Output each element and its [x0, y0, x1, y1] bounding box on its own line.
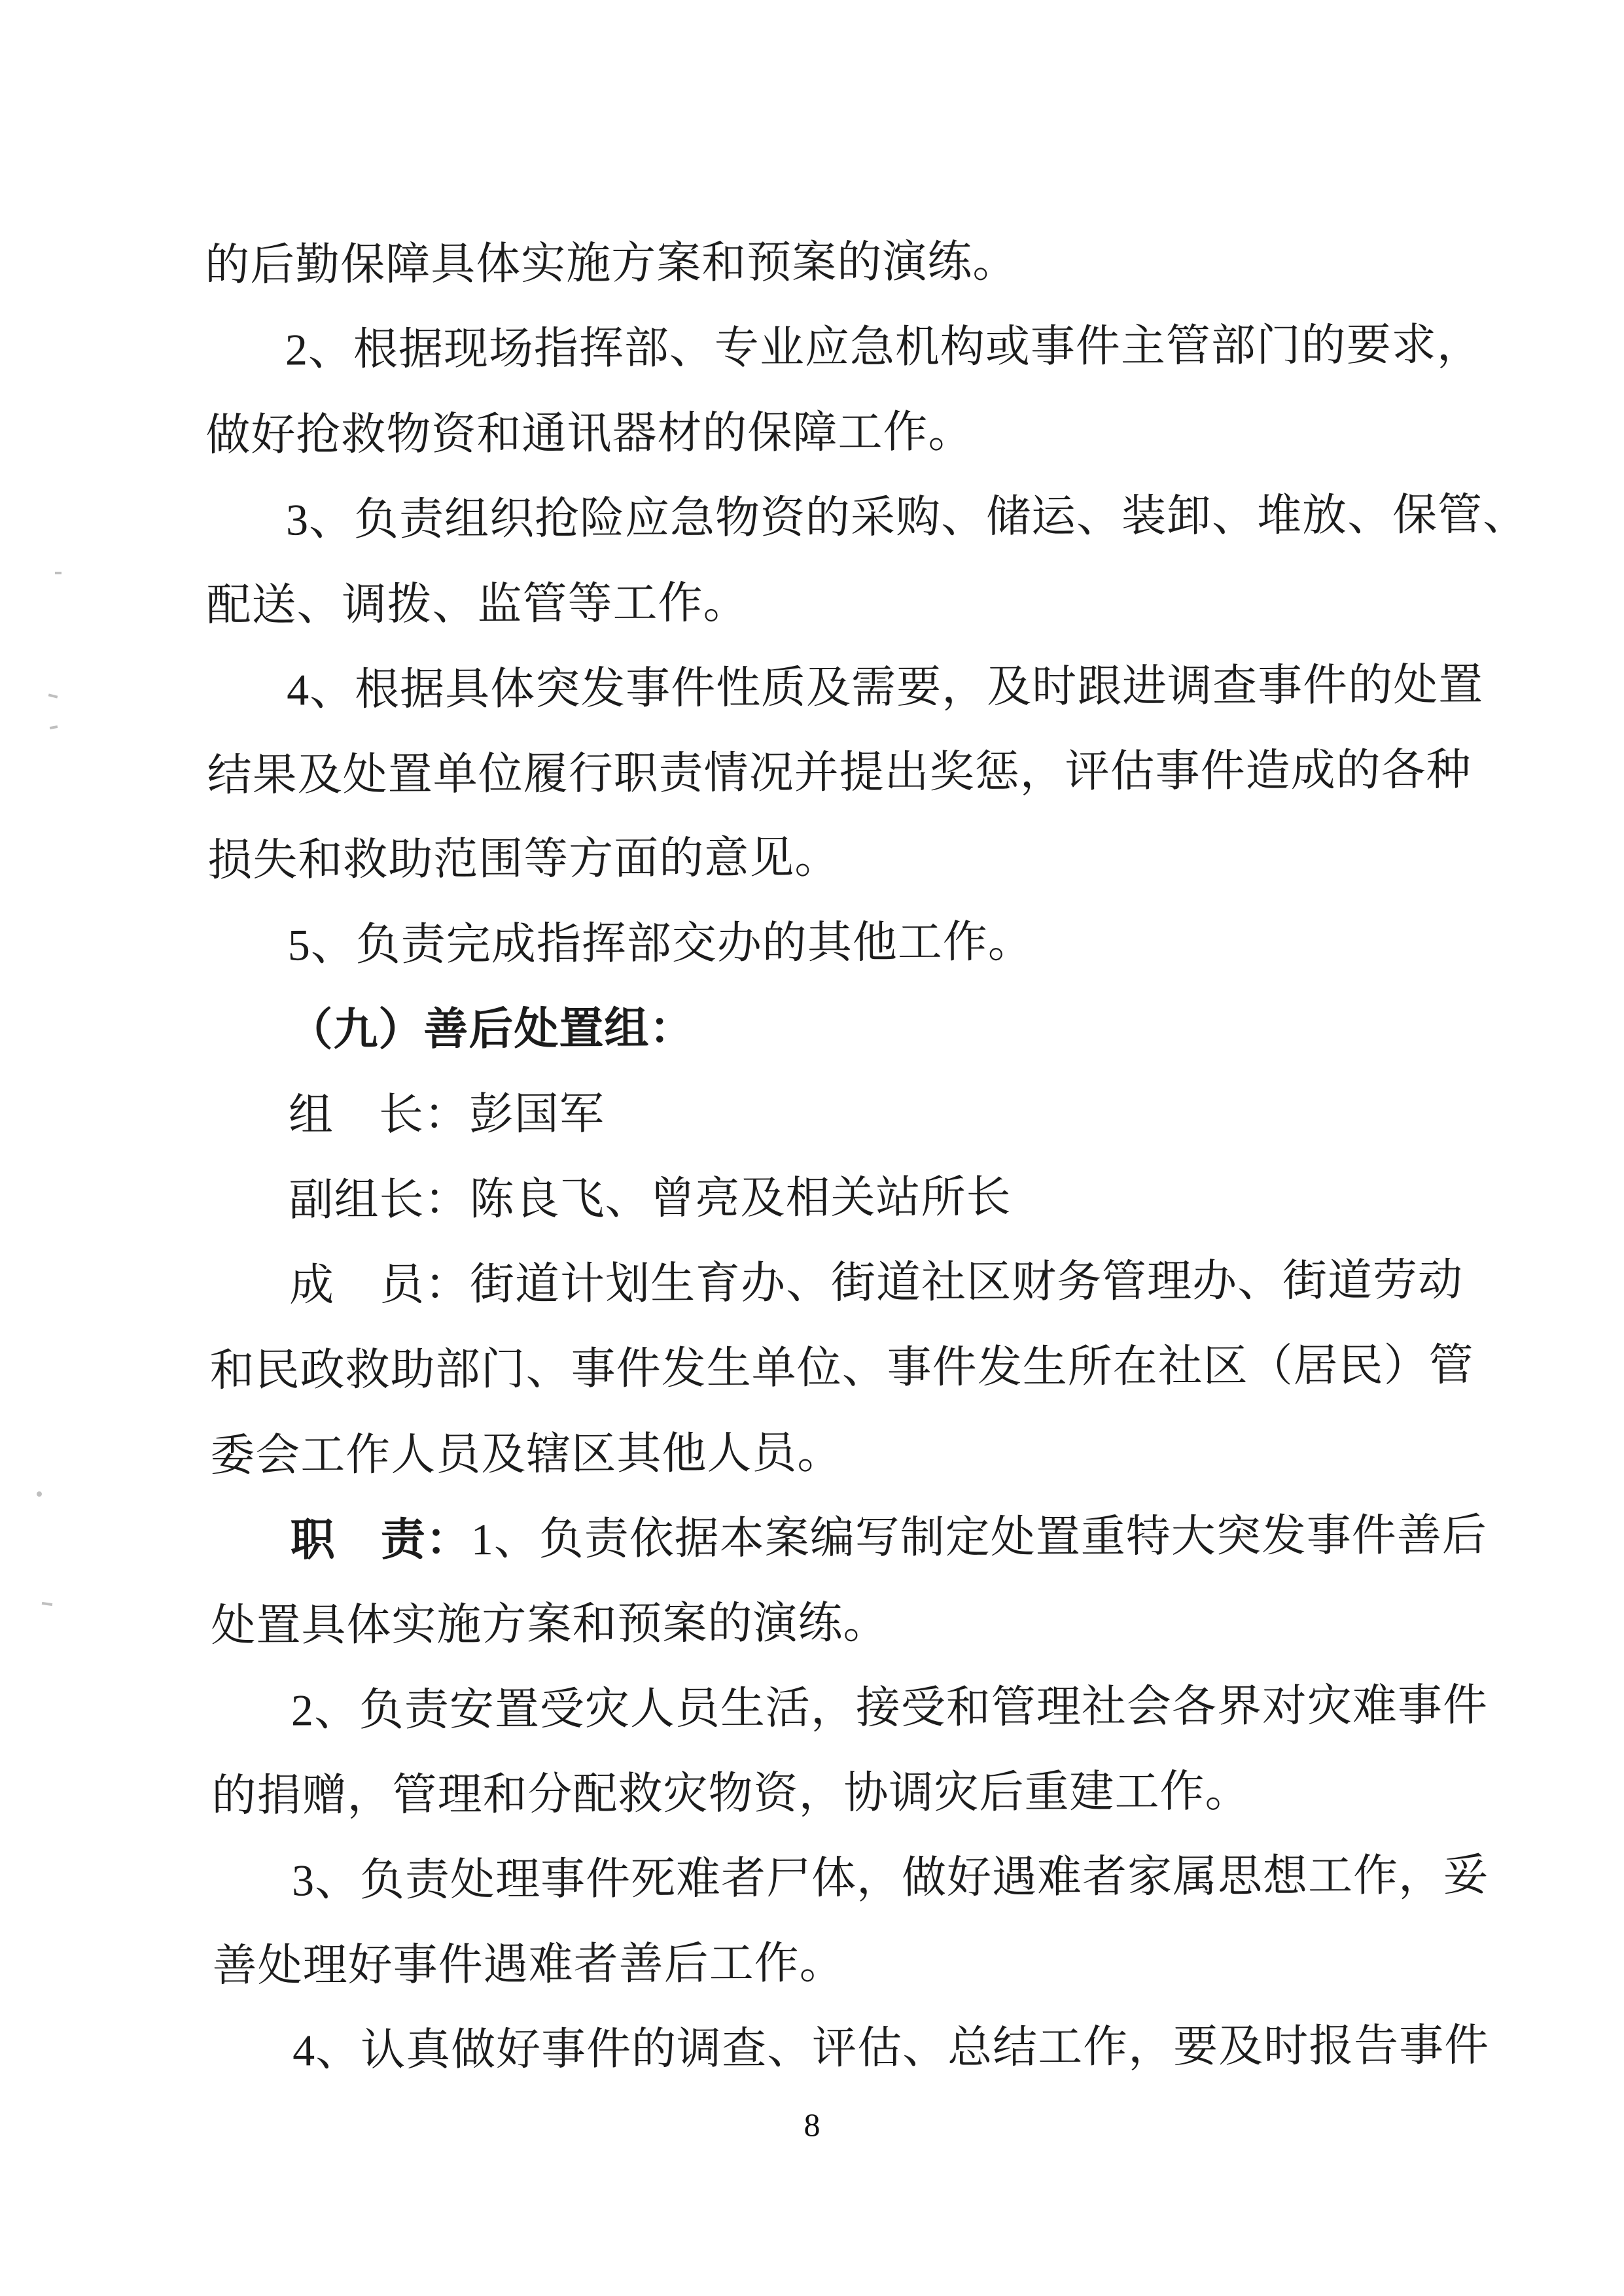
paragraph-line: 的捐赠，管理和分配救灾物资，协调灾后重建工作。 [211, 1748, 1481, 1838]
paragraph-line: 善处理好事件遇难者善后工作。 [212, 1918, 1482, 2008]
scan-artifact [48, 693, 58, 698]
scan-artifact [50, 725, 58, 729]
scan-artifact [37, 1491, 42, 1497]
document-body: 的后勤保障具体实施方案和预案的演练。 2、根据现场指挥部、专业应急机构或事件主管… [205, 217, 1482, 2093]
paragraph-line: 4、认真做好事件的调查、评估、总结工作，要及时报告事件 [213, 2003, 1483, 2093]
deputy-leader-line: 副组长：陈良飞、曾亮及相关站所长 [209, 1153, 1479, 1243]
paragraph-line: 结果及处置单位履行职责情况并提出奖惩，评估事件造成的各种 [207, 727, 1477, 818]
paragraph-line: 配送、调拨、监管等工作。 [206, 557, 1476, 648]
paragraph-line: 处置具体实施方案和预案的演练。 [211, 1578, 1481, 1668]
paragraph-line: 做好抢救物资和通讯器材的保障工作。 [205, 387, 1475, 478]
paragraph-line: 和民政救助部门、事件发生单位、事件发生所在社区（居民）管 [209, 1323, 1479, 1413]
paragraph-line: 2、负责安置受灾人员生活，接受和管理社会各界对灾难事件 [211, 1663, 1481, 1753]
paragraph-line: 损失和救助范围等方面的意见。 [207, 812, 1477, 903]
duties-line: 职 责：1、负责依据本案编写制定处置重特大突发事件善后 [211, 1493, 1481, 1583]
members-line: 成 员：街道计划生育办、街道社区财务管理办、街道劳动 [209, 1238, 1479, 1328]
page-number: 8 [0, 2105, 1624, 2144]
paragraph-line: 委会工作人员及辖区其他人员。 [210, 1408, 1480, 1498]
paragraph-line: 4、根据具体突发事件性质及需要，及时跟进调查事件的处置 [207, 642, 1477, 733]
duties-label: 职 责： [291, 1514, 471, 1565]
paragraph-line: 2、根据现场指挥部、专业应急机构或事件主管部门的要求， [205, 302, 1475, 392]
group-leader-line: 组 长：彭国军 [209, 1068, 1479, 1158]
section-heading: （九）善后处置组： [208, 983, 1478, 1073]
scan-artifact [42, 1602, 52, 1606]
paragraph-line: 5、负责完成指挥部交办的其他工作。 [208, 897, 1478, 988]
scan-artifact [55, 572, 62, 574]
scanned-document-page: 的后勤保障具体实施方案和预案的演练。 2、根据现场指挥部、专业应急机构或事件主管… [0, 0, 1624, 2296]
duties-text: 1、负责依据本案编写制定处置重特大突发事件善后 [471, 1510, 1487, 1564]
paragraph-line: 的后勤保障具体实施方案和预案的演练。 [205, 217, 1475, 307]
paragraph-line: 3、负责组织抢险应急物资的采购、储运、装卸、堆放、保管、 [206, 472, 1476, 563]
paragraph-line: 3、负责处理事件死难者尸体，做好遇难者家属思想工作，妥 [212, 1833, 1482, 1923]
